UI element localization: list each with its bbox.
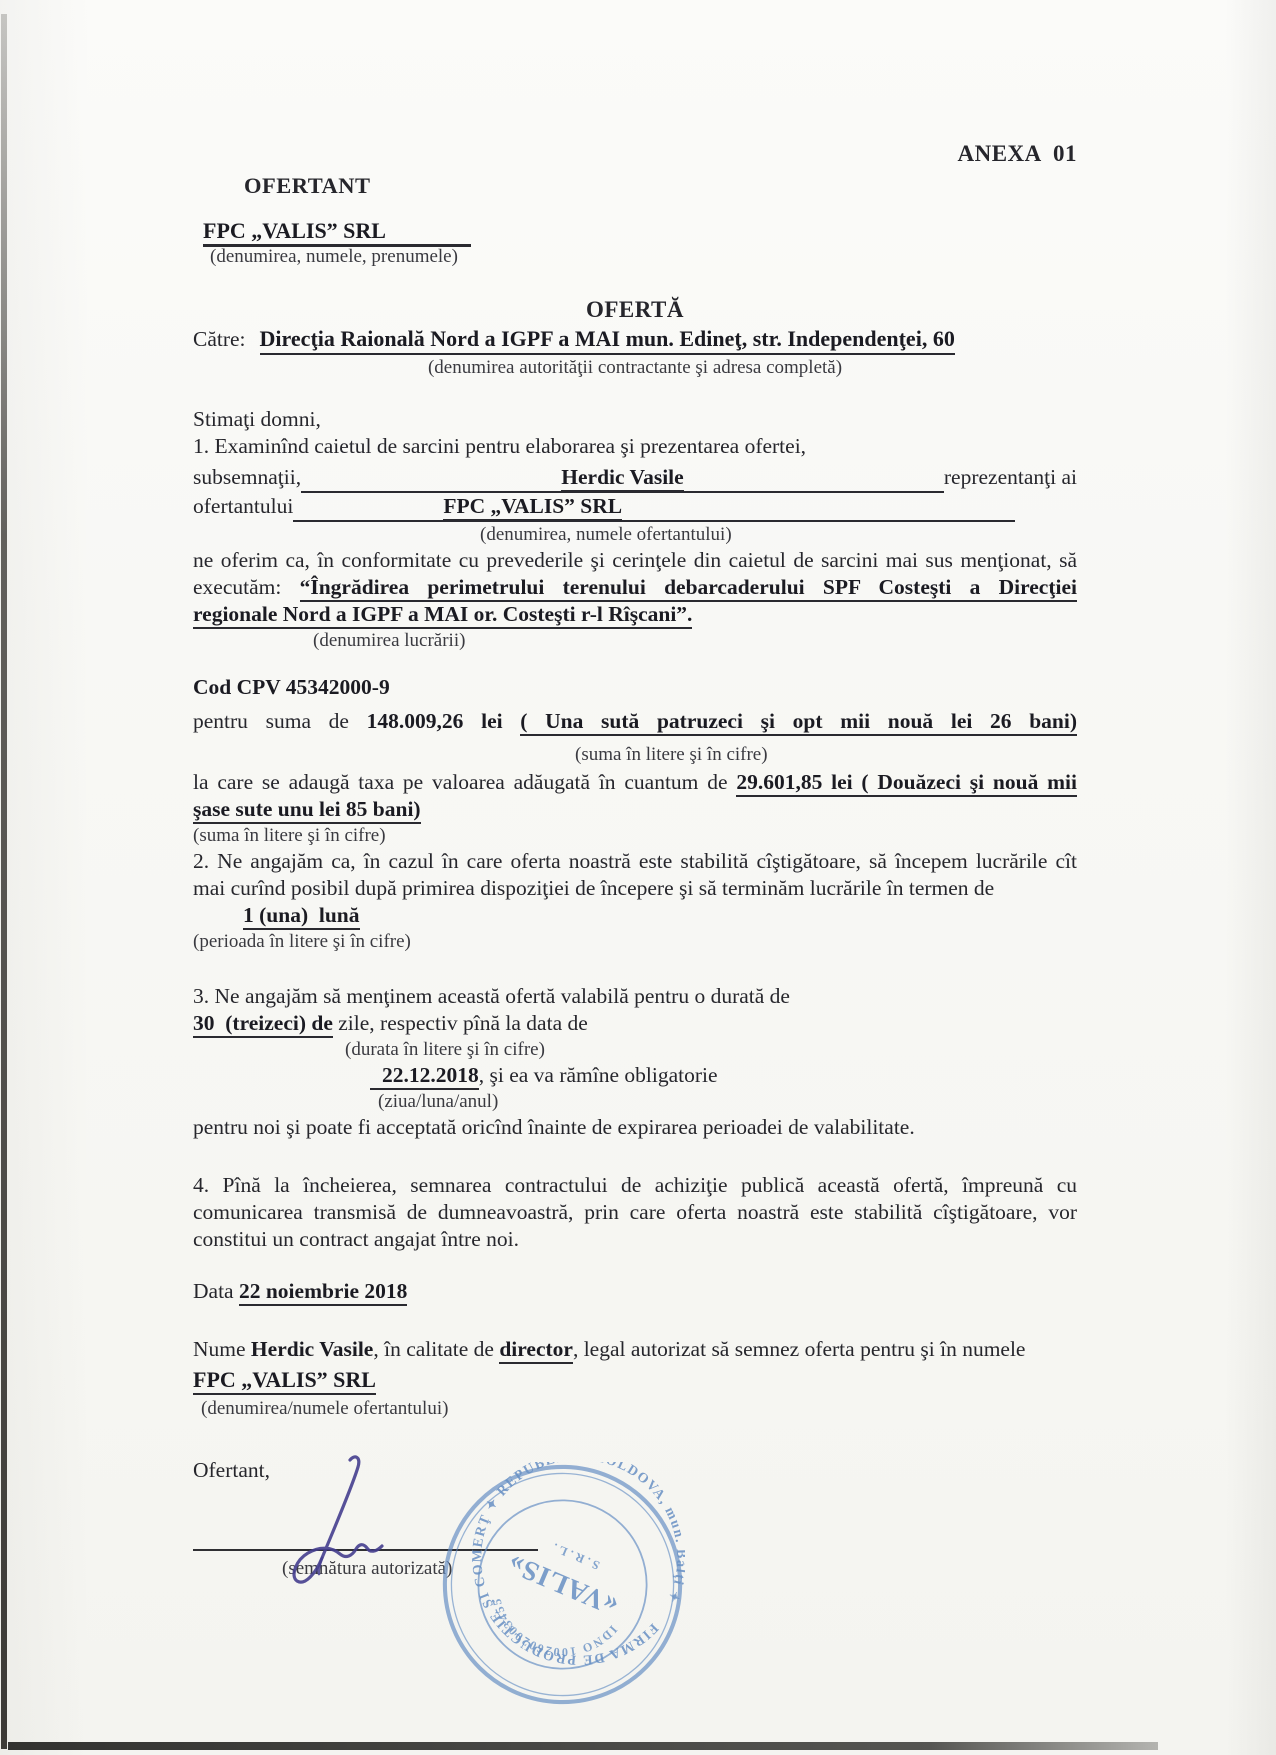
- work-caption: (denumirea lucrării): [313, 628, 1077, 653]
- scan-edge-left: [1, 14, 7, 1749]
- scanned-offer-document: ANEXA 01 OFERTANT FPC „VALIS” SRL (denum…: [0, 0, 1276, 1755]
- company-name-text: FPC „VALIS” SRL: [203, 218, 471, 247]
- p1-line2: ne oferim ca, în conformitate cu prevede…: [193, 547, 1077, 574]
- offeror-caption: (denumirea, numele ofertantului): [480, 522, 1077, 547]
- handwritten-signature: [262, 1452, 422, 1592]
- cpv-code: Cod CPV 45342000-9: [193, 674, 1077, 701]
- p2-caption: (perioada în litere şi în cifre): [193, 929, 1077, 954]
- contracting-authority: Direcţia Raională Nord a IGPF a MAI mun.…: [260, 325, 955, 355]
- p4-line2: comunicarea transmisă de dumneavoastră, …: [193, 1199, 1077, 1226]
- p3-date-line: 22.12.2018, şi ea va rămîne obligatorie: [370, 1062, 1077, 1089]
- signer-mid: , în calitate de: [373, 1337, 494, 1361]
- signer-line: Nume Herdic Vasile, în calitate de direc…: [193, 1336, 1077, 1363]
- signer-company-wrap: FPC „VALIS” SRL: [193, 1366, 1077, 1393]
- line-suma: pentru suma de 148.009,26 lei ( Una sută…: [193, 708, 1077, 735]
- p3-days: 30 (treizeci) de: [193, 1011, 333, 1038]
- to-label: Către:: [193, 326, 246, 353]
- tva-line2-wrap: şase sute unu lei 85 bani): [193, 796, 1077, 823]
- reprezentanti-label: reprezentanţi ai: [944, 464, 1077, 491]
- representative-name: Herdic Vasile: [561, 465, 683, 492]
- tva-value2: şase sute unu lei 85 bani): [193, 797, 421, 824]
- work-title-line2: regionale Nord a IGPF a MAI or. Costeşti…: [193, 602, 692, 629]
- p2-term-wrap: 1 (una) lună: [243, 902, 1077, 929]
- p3-line1: 3. Ne angajăm să menţinem această ofertă…: [193, 983, 1077, 1010]
- line-addressee: Către: Direcţia Raională Nord a IGPF a M…: [193, 325, 1077, 355]
- signer-company-caption: (denumirea/numele ofertantului): [201, 1396, 1077, 1421]
- ofertant-heading: OFERTANT: [244, 172, 1077, 199]
- date-line: Data 22 noiembrie 2018: [193, 1278, 1077, 1305]
- p3-line2: zile, respectiv pînă la data de: [338, 1011, 588, 1035]
- date-value: 22 noiembrie 2018: [239, 1279, 407, 1306]
- representative-field: Herdic Vasile: [301, 464, 944, 493]
- offeror-name: FPC „VALIS” SRL: [443, 494, 622, 521]
- addressee-caption: (denumirea autorităţii contractante şi a…: [193, 355, 1077, 380]
- tva-caption: (suma în litere şi în cifre): [193, 823, 1077, 848]
- p3-caption1: (durata în litere şi în cifre): [345, 1037, 1077, 1062]
- work-title-line2-wrap: regionale Nord a IGPF a MAI or. Costeşti…: [193, 601, 1077, 628]
- ofertantului-label: ofertantului: [193, 493, 293, 520]
- subsemnatii-label: subsemnaţii,: [193, 464, 301, 491]
- p2-line1: 2. Ne angajăm ca, în cazul în care ofert…: [193, 848, 1077, 875]
- signer-name: Herdic Vasile: [251, 1337, 373, 1361]
- p3-days-line: 30 (treizeci) de zile, respectiv pînă la…: [193, 1010, 1077, 1037]
- p3-caption2: (ziua/luna/anul): [378, 1089, 1077, 1114]
- p3-date: 22.12.2018: [370, 1063, 479, 1090]
- suma-value: 148.009,26 lei: [367, 709, 503, 733]
- offeror-company-name: FPC „VALIS” SRL: [203, 217, 471, 244]
- tva-value: 29.601,85 lei ( Douăzeci şi nouă mii: [736, 770, 1077, 797]
- line-subsemnatii: subsemnaţii, Herdic Vasile reprezentanţi…: [193, 464, 1077, 493]
- company-caption: (denumirea, numele, prenumele): [210, 244, 1077, 269]
- document-title: OFERTĂ: [193, 295, 1077, 325]
- suma-caption: (suma în litere şi în cifre): [575, 742, 1077, 767]
- p4-line1: 4. Pînă la încheierea, semnarea contract…: [193, 1172, 1077, 1199]
- p1-line1: 1. Examinînd caietul de sarcini pentru e…: [193, 433, 1077, 460]
- line-executam: executăm: “Îngrădirea perimetrului teren…: [193, 574, 1077, 601]
- p2-term: 1 (una) lună: [243, 903, 360, 930]
- p3-line3: , şi ea va rămîne obligatorie: [479, 1063, 718, 1087]
- work-title-line1: “Îngrădirea perimetrului terenului debar…: [300, 575, 1077, 602]
- date-label: Data: [193, 1279, 234, 1303]
- line-tva: la care se adaugă taxa pe valoarea adăug…: [193, 769, 1077, 796]
- p2-line2: mai curînd posibil după primirea dispozi…: [193, 875, 1077, 902]
- nume-label: Nume: [193, 1337, 246, 1361]
- company-stamp: FIRMA DE PRODUCŢIE ŞI COMERŢ ✦ REPUBLICA…: [440, 1462, 685, 1707]
- paragraph-4: 4. Pînă la încheierea, semnarea contract…: [193, 1172, 1077, 1253]
- document-content: ANEXA 01 OFERTANT FPC „VALIS” SRL (denum…: [193, 140, 1077, 1484]
- anexa-label: ANEXA 01: [193, 140, 1077, 167]
- salutation: Stimaţi domni,: [193, 406, 1077, 433]
- line-ofertantului: ofertantului FPC „VALIS” SRL: [193, 493, 1077, 522]
- signer-rest: , legal autorizat să semnez oferta pentr…: [573, 1337, 1026, 1361]
- suma-words: ( Una sută patruzeci şi opt mii nouă lei…: [520, 709, 1077, 736]
- signer-company: FPC „VALIS” SRL: [193, 1367, 376, 1395]
- p3-line4: pentru noi şi poate fi acceptată oricînd…: [193, 1114, 1077, 1141]
- p4-line3: constitui un contract angajat între noi.: [193, 1226, 1077, 1253]
- suma-prefix: pentru suma de: [193, 709, 349, 733]
- offeror-field: FPC „VALIS” SRL: [293, 493, 1015, 522]
- signer-role: director: [499, 1337, 573, 1364]
- scan-edge-bottom: [8, 1742, 1158, 1750]
- executam-label: executăm:: [193, 575, 281, 599]
- tva-prefix: la care se adaugă taxa pe valoarea adăug…: [193, 770, 728, 794]
